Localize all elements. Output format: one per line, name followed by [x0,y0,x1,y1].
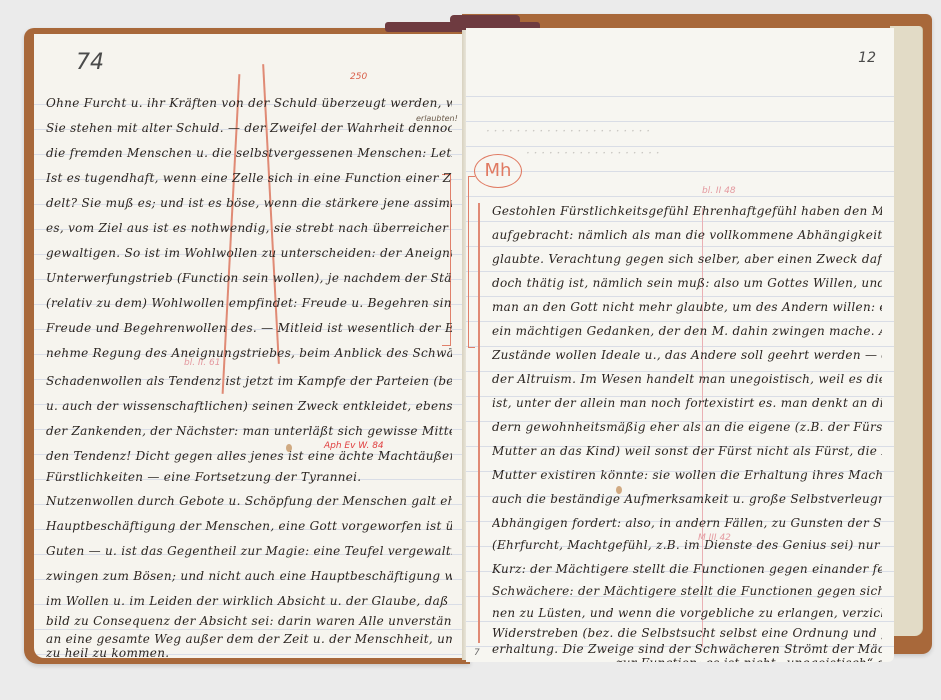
manuscript-line: Fürstlichkeiten — eine Fortsetzung der T… [46,470,452,484]
manuscript-line: Schwächere: der Mächtigere stellt die Fu… [492,584,882,598]
manuscript-line: (Ehrfurcht, Machtgefühl, z.B. im Dienste… [492,538,882,552]
manuscript-line: Gestohlen Fürstlichkeitsgefühl Ehrenhaft… [492,204,882,218]
manuscript-line: auch die beständige Aufmerksamkeit u. gr… [492,492,882,506]
show-through-text: · · · · · · · · · · · · · · · · · · · · … [486,124,650,138]
manuscript-line: an eine gesamte Weg außer dem der Zeit u… [46,632,452,646]
notebook-spine-tab [450,15,520,25]
bottom-margin-number: 7 [474,648,480,658]
left-page: 74 250 erlaubten! bl. II. 61 Aph Ev W. 8… [34,34,464,658]
manuscript-line: doch thätig ist, nämlich sein muß: also … [492,276,882,290]
manuscript-line: Guten — u. ist das Gegentheil zur Magie:… [46,544,452,558]
circled-siglum: Mh [474,154,522,188]
manuscript-line: Sie stehen mit alter Schuld. — der Zweif… [46,121,452,135]
manuscript-line: der Altruism. Im Wesen handelt man unego… [492,372,882,386]
red-bracket [468,176,475,348]
manuscript-line: Unterwerfungstrieb (Function sein wollen… [46,271,452,285]
manuscript-line: erhaltung. Die Zweige sind der Schwächer… [492,642,882,656]
manuscript-line: bild zu Consequenz der Absicht sei: dari… [46,614,452,628]
manuscript-line: Ohne Furcht u. ihr Kräften von der Schul… [46,96,452,110]
manuscript-line: nen zu Lüsten, und wenn die vorgebliche … [492,606,882,620]
manuscript-line: glaubte. Verachtung gegen sich selber, a… [492,252,882,266]
manuscript-line: (relativ zu dem) Wohlwollen empfindet: F… [46,296,452,310]
page-block-edges [890,26,923,636]
manuscript-line: Ist es tugendhaft, wenn eine Zelle sich … [46,171,452,185]
manuscript-line: es, vom Ziel aus ist es nothwendig, sie … [46,221,452,235]
page-number-left: 74 [76,50,104,75]
manuscript-line: Hauptbeschäftigung der Menschen, eine Go… [46,519,452,533]
manuscript-line: Mutter existiren könnte: sie wollen die … [492,468,882,482]
manuscript-line: zwingen zum Bösen; und nicht auch eine H… [46,569,452,583]
manuscript-line: ein mächtigen Gedanken, der den M. dahin… [492,324,882,338]
manuscript-line: Widerstreben (bez. die Selbstsucht selbs… [492,626,882,640]
manuscript-line: aufgebracht: nämlich als man die vollkom… [492,228,882,242]
right-page: 12 · · · · · · · · · · · · · · · · · · ·… [466,28,894,662]
manuscript-line: dern gewohnheitsmäßig eher als an die ei… [492,420,882,434]
manuscript-line: u. auch der wissenschaftlichen) seinen Z… [46,399,452,413]
manuscript-line: Mutter an das Kind) weil sonst der Fürst… [492,444,882,458]
manuscript-line: Schadenwollen als Tendenz ist jetzt im K… [46,374,452,388]
manuscript-line: im Wollen u. im Leiden der wirklich Absi… [46,594,452,608]
manuscript-line: ist, unter der allein man noch fortexist… [492,396,882,410]
manuscript-line: delt? Sie muß es; und ist es böse, wenn … [46,196,452,210]
manuscript-line: den Tendenz! Dicht gegen alles jenes ist… [46,449,452,463]
red-annotation-reference: bl. II 48 [702,186,736,196]
manuscript-line: man an den Gott nicht mehr glaubte, um d… [492,300,882,314]
show-through-text: · · · · · · · · · · · · · · · · · · [526,146,660,160]
manuscript-line: zur Function; es ist nicht „unegoistisch… [616,656,882,662]
manuscript-line: nehme Regung des Aneignungstriebes, beim… [46,346,452,360]
manuscript-line: der Zankenden, der Nächster: man unterlä… [46,424,452,438]
manuscript-line: zu heil zu kommen. [46,646,452,658]
red-annotation-number: 250 [350,72,367,82]
manuscript-line: Kurz: der Mächtigere stellt die Function… [492,562,882,576]
manuscript-line: Zustände wollen Ideale u., das Andere so… [492,348,882,362]
manuscript-line: die fremden Menschen u. die selbstverges… [46,146,452,160]
page-number-right: 12 [858,50,876,66]
manuscript-line: Abhängigen fordert: also, in andern Fäll… [492,516,882,530]
manuscript-line: Freude und Begehrenwollen des. — Mitleid… [46,321,452,335]
red-pencil-stroke [478,203,480,643]
manuscript-line: gewaltigen. So ist im Wohlwollen zu unte… [46,246,452,260]
manuscript-line: Nutzenwollen durch Gebote u. Schöpfung d… [46,494,452,508]
